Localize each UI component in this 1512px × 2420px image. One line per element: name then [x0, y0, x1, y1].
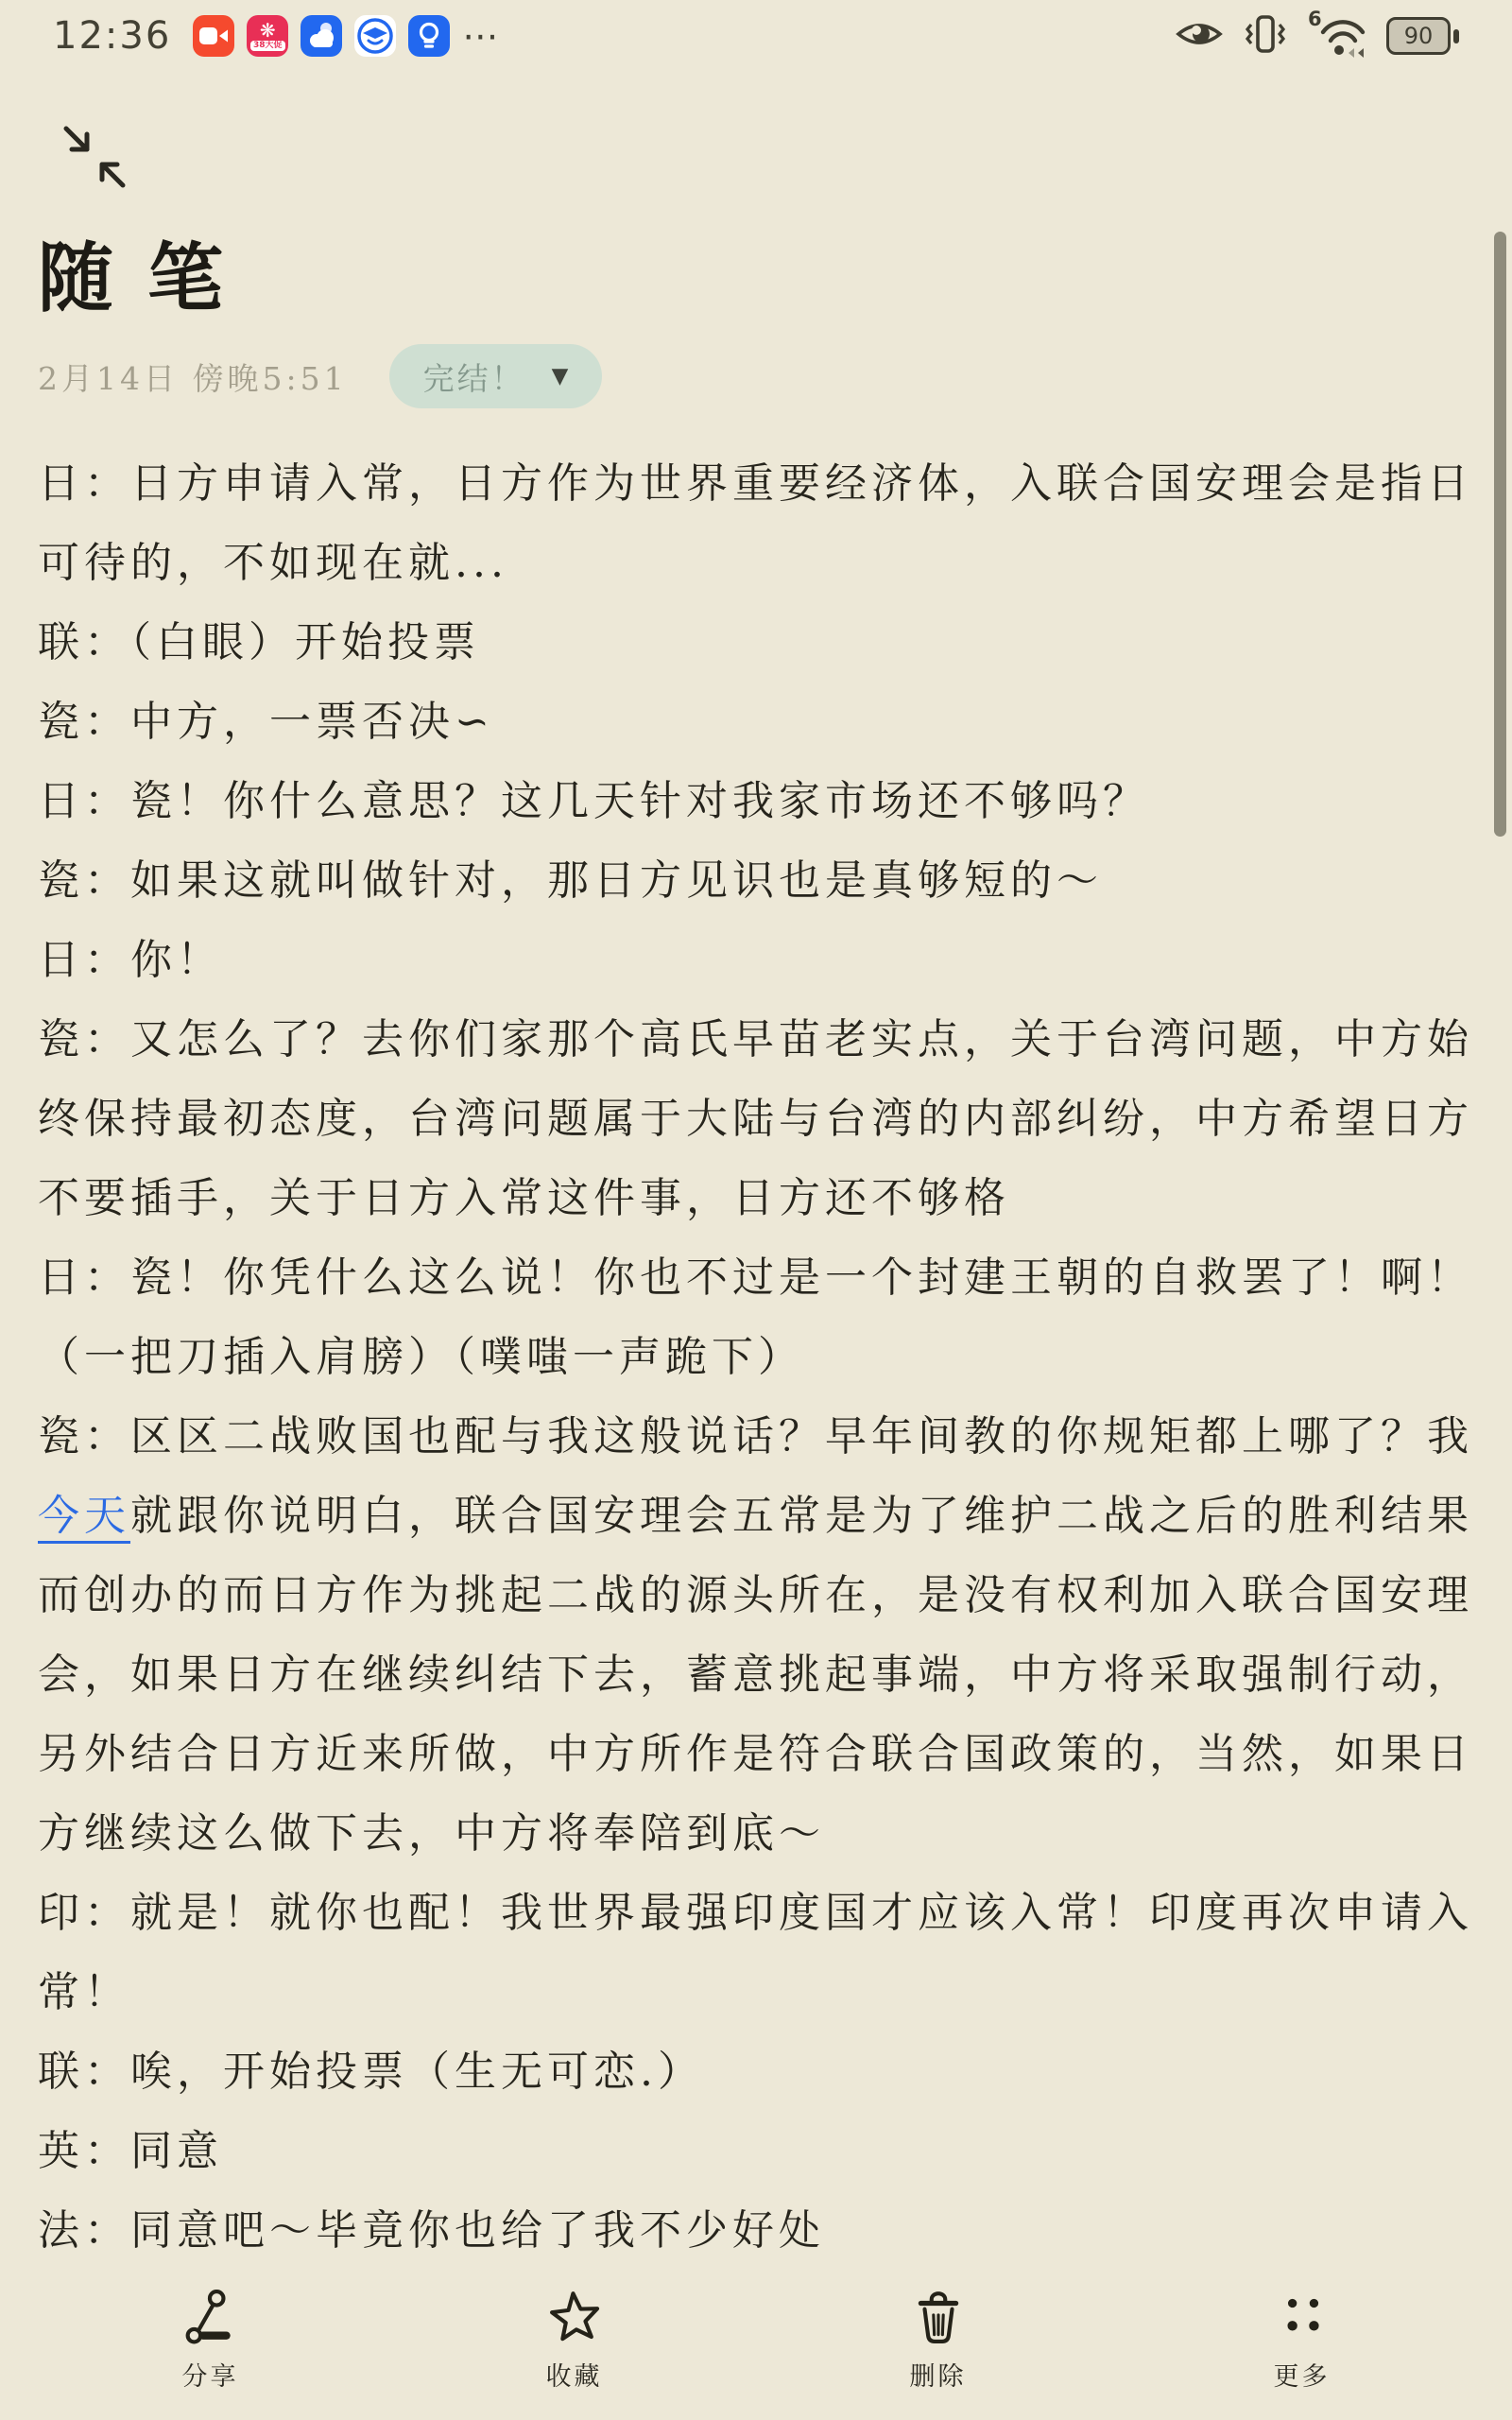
scrollbar-thumb[interactable]	[1494, 232, 1506, 837]
note-paragraph: 日：瓷！你什么意思？这几天针对我家市场还不够吗？	[38, 762, 1474, 841]
status-bar: 12:36 ❋ 38大促	[0, 9, 1512, 62]
bottom-toolbar: 分享 收藏 删除 更多	[0, 2290, 1512, 2420]
svg-text:6: 6	[1308, 9, 1322, 30]
paragraph-text: 瓷：区区二战败国也配与我这般说话？早年间教的你规矩都上哪了？我	[38, 1412, 1473, 1461]
delete-button[interactable]: 删除	[756, 2290, 1120, 2393]
shopping-sale-notification-icon: ❋ 38大促	[247, 15, 288, 57]
note-paragraph: 瓷：区区二战败国也配与我这般说话？早年间教的你规矩都上哪了？我今天就跟你说明白，…	[38, 1397, 1474, 1874]
paragraph-text: （一把刀插入肩膀）（噗嗤一声跪下）	[38, 1333, 804, 1381]
note-paragraph: 日：日方申请入常，日方作为世界重要经济体，入联合国安理会是指日可待的，不如现在就…	[38, 444, 1474, 603]
note-paragraph: 英：同意	[38, 2112, 1474, 2191]
favorite-label: 收藏	[546, 2356, 603, 2393]
paragraph-text: 英：同意	[38, 2127, 223, 2175]
sale-badge-text: 38大促	[250, 41, 285, 51]
clock-time: 12:36	[53, 14, 171, 58]
battery-nub	[1453, 29, 1459, 43]
share-icon	[183, 2290, 238, 2344]
note-date: 2月14日 傍晚5:51	[38, 354, 348, 399]
lightbulb-notification-icon	[408, 15, 450, 57]
student-app-notification-icon	[354, 15, 396, 57]
trash-icon	[911, 2290, 966, 2344]
share-label: 分享	[182, 2356, 239, 2393]
more-button[interactable]: 更多	[1120, 2290, 1484, 2393]
note-paragraph: 瓷：如果这就叫做针对，那日方见识也是真够短的～	[38, 841, 1474, 921]
note-paragraph: 联：（白眼）开始投票	[38, 603, 1474, 683]
more-notifications-indicator: ⋯	[462, 15, 499, 57]
note-paragraph: 瓷：又怎么了？去你们家那个高氏早苗老实点，关于台湾问题，中方始终保持最初态度，台…	[38, 1000, 1474, 1238]
note-paragraph: 法：同意吧～毕竟你也给了我不少好处	[38, 2191, 1474, 2271]
paragraph-text: 联：（白眼）开始投票	[38, 618, 480, 666]
paragraph-text: 瓷：中方，一票否决∽	[38, 698, 494, 746]
chevron-down-icon: ▼	[552, 364, 569, 389]
paragraph-text: 瓷：又怎么了？去你们家那个高氏早苗老实点，关于台湾问题，中方始终保持最初态度，台…	[38, 1015, 1473, 1222]
paragraph-text: 法：同意吧～毕竟你也给了我不少好处	[38, 2206, 825, 2255]
battery-percent: 90	[1404, 23, 1434, 49]
eye-protection-icon	[1175, 15, 1224, 57]
paragraph-text: 日：瓷！你什么意思？这几天针对我家市场还不够吗？	[38, 777, 1149, 825]
note-paragraph: （一把刀插入肩膀）（噗嗤一声跪下）	[38, 1318, 1474, 1397]
star-icon	[547, 2290, 602, 2344]
delete-label: 删除	[910, 2356, 967, 2393]
note-paragraph: 印：就是！就你也配！我世界最强印度国才应该入常！印度再次申请入常！	[38, 1874, 1474, 2032]
note-paragraph: 联：唉，开始投票（生无可恋.）	[38, 2032, 1474, 2112]
status-bar-right: 6 90	[1175, 9, 1459, 62]
note-title: 随笔	[38, 236, 1474, 320]
vibrate-mode-icon	[1241, 12, 1290, 60]
note-meta-row: 2月14日 傍晚5:51 完结！ ▼	[38, 344, 1474, 408]
video-call-notification-icon	[193, 15, 234, 57]
note-status-label: 完结！	[423, 354, 525, 399]
favorite-button[interactable]: 收藏	[392, 2290, 756, 2393]
note-paragraph: 日：你！	[38, 921, 1474, 1000]
wifi6-signal-icon: 6	[1307, 9, 1369, 62]
notes-app-screen: 12:36 ❋ 38大促	[0, 0, 1512, 2420]
weather-notification-icon	[301, 15, 342, 57]
battery-body: 90	[1386, 17, 1451, 55]
note-paragraph: 瓷：中方，一票否决∽	[38, 683, 1474, 762]
paragraph-text: 联：唉，开始投票（生无可恋.）	[38, 2048, 704, 2096]
collapse-fullscreen-button[interactable]	[59, 121, 130, 193]
inline-date-link[interactable]: 今天	[38, 1492, 130, 1540]
paragraph-text: 日：瓷！你凭什么这么说！你也不过是一个封建王朝的自救罢了！啊！	[38, 1253, 1473, 1302]
paragraph-text: 瓷：如果这就叫做针对，那日方见识也是真够短的～	[38, 856, 1103, 905]
paragraph-text: 印：就是！就你也配！我世界最强印度国才应该入常！印度再次申请入常！	[38, 1889, 1473, 2016]
more-dots-icon	[1275, 2290, 1330, 2344]
paragraph-text: 日：日方申请入常，日方作为世界重要经济体，入联合国安理会是指日可待的，不如现在就…	[38, 459, 1473, 587]
paragraph-text: 日：你！	[38, 936, 223, 984]
note-content: 随笔 2月14日 傍晚5:51 完结！ ▼ 日：日方申请入常，日方作为世界重要经…	[0, 0, 1512, 2271]
status-bar-left: 12:36 ❋ 38大促	[53, 14, 499, 58]
note-status-dropdown[interactable]: 完结！ ▼	[389, 344, 603, 408]
sale-pattern-glyph: ❋	[260, 21, 276, 40]
note-body: 日：日方申请入常，日方作为世界重要经济体，入联合国安理会是指日可待的，不如现在就…	[38, 444, 1474, 2271]
paragraph-text: 就跟你说明白，联合国安理会五常是为了维护二战之后的胜利结果而创办的而日方作为挑起…	[38, 1492, 1473, 1858]
more-label: 更多	[1274, 2356, 1331, 2393]
battery-indicator: 90	[1386, 17, 1459, 55]
note-paragraph: 日：瓷！你凭什么这么说！你也不过是一个封建王朝的自救罢了！啊！	[38, 1238, 1474, 1318]
share-button[interactable]: 分享	[28, 2290, 392, 2393]
